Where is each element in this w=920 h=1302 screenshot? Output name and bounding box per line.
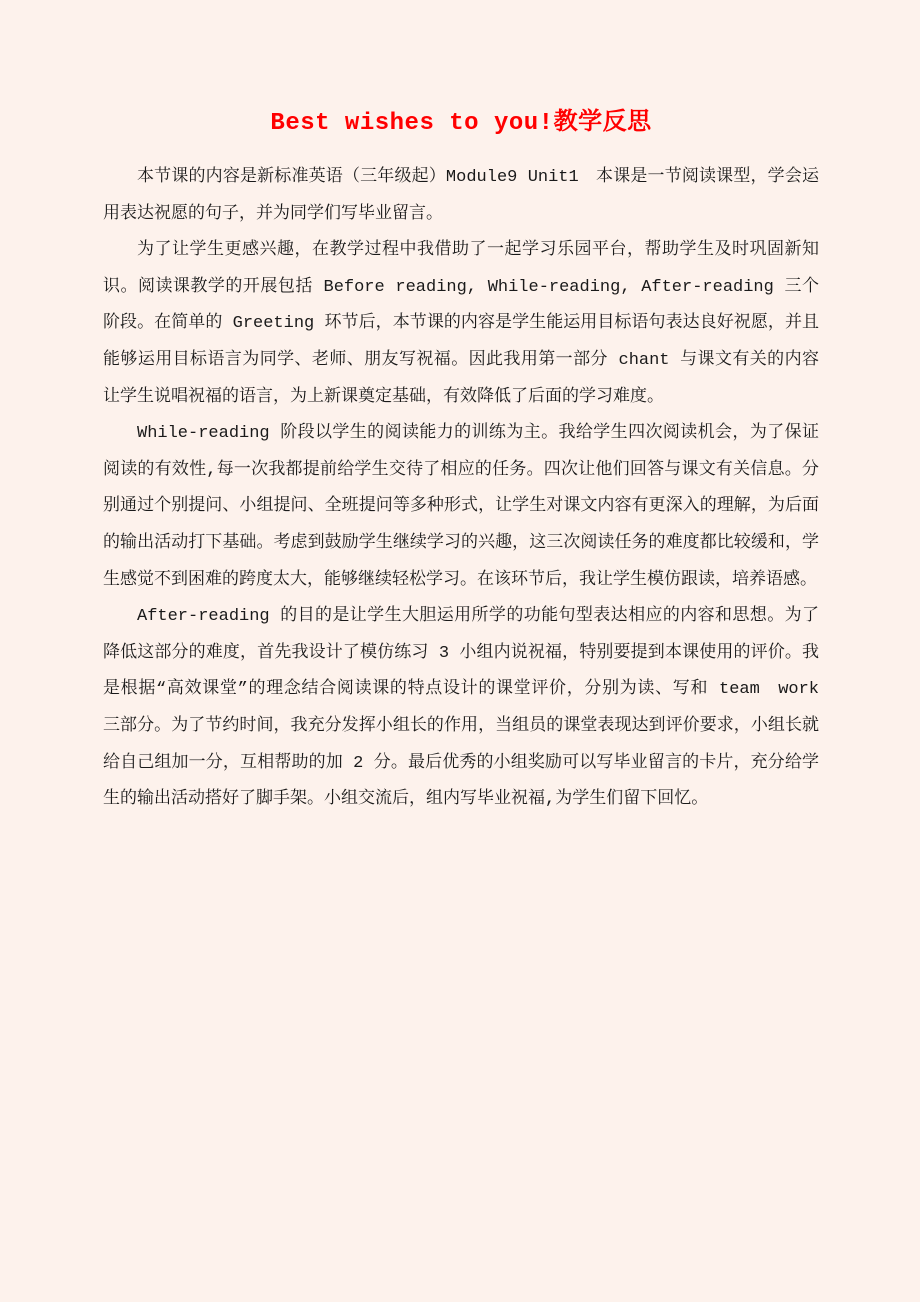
paragraph-while-reading: While-reading 阶段以学生的阅读能力的训练为主。我给学生四次阅读机会… (103, 416, 819, 599)
paragraph-after-reading: After-reading 的目的是让学生大胆运用所学的功能句型表达相应的内容和… (103, 599, 819, 819)
document-title: Best wishes to you!教学反思 (103, 100, 819, 148)
document-body: 本节课的内容是新标准英语（三年级起）Module9 Unit1 本课是一节阅读课… (103, 160, 819, 819)
paragraph-before-reading: 为了让学生更感兴趣，在教学过程中我借助了一起学习乐园平台，帮助学生及时巩固新知识… (103, 233, 819, 416)
document-page: Best wishes to you!教学反思 本节课的内容是新标准英语（三年级… (0, 0, 920, 1302)
paragraph-intro: 本节课的内容是新标准英语（三年级起）Module9 Unit1 本课是一节阅读课… (103, 160, 819, 233)
